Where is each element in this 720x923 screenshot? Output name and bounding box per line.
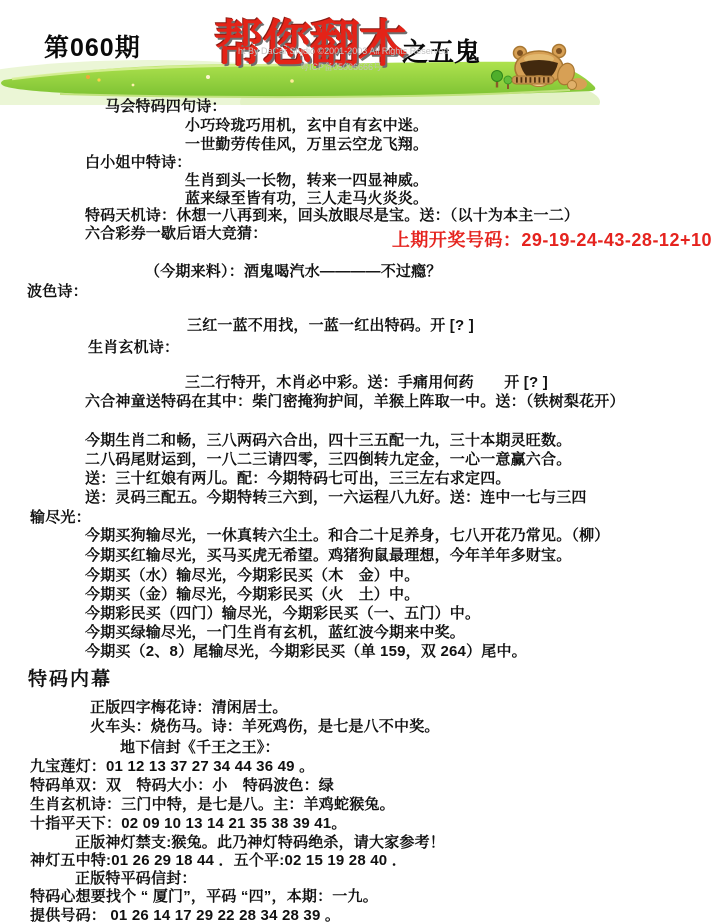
line-shengxiao-verse: 三二行特开，木肖必中彩。送：手痛用何药 开 [? ] [185, 371, 548, 392]
line-bose-poem-title: 波色诗： [27, 280, 88, 301]
line-laiLiao-riddle: （今期来料）：酒鬼喝汽水————不过瘾？ [145, 260, 442, 281]
line-tip-verse: 送：三十红娘有两儿。配：今期特码七可出，三三左右求定四。 [85, 467, 511, 488]
lottery-tip-sheet-page: 第060期 帮您翻本之五鬼 ht By DaCar Studio ©2001-2… [0, 0, 720, 923]
line-shizhi-numbers: 十指平天下：02 09 10 13 14 21 35 38 39 41。 [30, 812, 347, 833]
line-shujinguang-item: 今期彩民买（四门）输尽光，今期彩民买（一、五门）中。 [85, 602, 480, 623]
section-heading-insider: 特码内幕 [28, 664, 112, 691]
line-tip-verse: 二八码尾财运到，一八二三请四零，三四倒转九定金，一心一意赢六合。 [85, 448, 571, 469]
watermark-copyright: ht By DaCar Studio ©2001-2003 All Rights… [238, 46, 448, 56]
line-shengxiao-title: 生肖玄机诗： [88, 336, 179, 357]
teddy-bear-icon [512, 45, 587, 91]
line-huochetou: 火车头：烧伤马。诗：羊死鸡伤，是七是八不中奖。 [90, 715, 440, 736]
issue-number: 第060期 [44, 28, 141, 64]
line-danshuang-daxiao-bose: 特码单双：双 特码大小：小 特码波色：绿 [30, 774, 334, 795]
line-shujinguang-item: 今期买（水）输尽光，今期彩民买（木 金）中。 [85, 564, 419, 585]
line-provided-numbers: 提供号码： 01 26 14 17 29 22 28 34 28 39 。 [30, 904, 340, 923]
previous-draw-numbers: 上期开奖号码：29-19-24-43-28-12+10 [392, 226, 712, 252]
line-poem-verse: 一世勤劳传佳风，万里云空龙飞翔。 [185, 133, 428, 154]
line-shujinguang-item: 今期买绿输尽光，一门生肖有玄机，蓝红波今期来中奖。 [85, 621, 465, 642]
line-bose-verse: 三红一蓝不用找，一蓝一红出特码。开 [? ] [187, 314, 474, 335]
line-shentong-tip: 六合神童送特码在其中：柴门密掩狗护间，羊猴上阵取一中。送：（铁树梨花开） [85, 390, 625, 411]
line-shujinguang-item: 今期买狗输尽光，一休真转六尘土。和合二十足养身，七八开花乃常见。（柳） [85, 524, 610, 545]
line-tip-verse: 送：灵码三配五。今期特转三六到，一六运程八九好。送：连中一七与三四 [85, 486, 587, 507]
watermark-icp: 粤ICP备05006666号 [300, 60, 382, 73]
line-meihua-poem: 正版四字梅花诗：清闲居士。 [90, 696, 288, 717]
line-dixia-xinfeng-title: 地下信封《千王之王》： [120, 736, 280, 757]
line-jiubao-numbers: 九宝莲灯：01 12 13 37 27 34 44 36 49 。 [30, 755, 314, 776]
line-tema-hint: 特码心想要找个 “ 厦门”，平码 “四”，本期：一九。 [30, 885, 378, 906]
line-shengxiao-xuanji: 生肖玄机诗：三门中特，是七是八。主：羊鸡蛇猴兔。 [30, 793, 395, 814]
line-xiehouyu-title: 六合彩券一歇后语大竞猜： [85, 222, 267, 243]
line-shujinguang-item: 今期买（2、8）尾输尽光，今期彩民买（单 159，双 264）尾中。 [85, 640, 527, 661]
line-tip-verse: 今期生肖二和畅，三八两码六合出，四十三五配一九，三十本期灵旺数。 [85, 429, 571, 450]
line-shujinguang-label: 输尽光： [30, 506, 91, 527]
line-shujinguang-item: 今期买（金）输尽光，今期彩民买（火 土）中。 [85, 583, 419, 604]
line-poem-verse: 小巧玲珑巧用机，玄中自有玄中迷。 [185, 114, 428, 135]
line-mahui-poem-title: 马会特码四句诗： [105, 95, 227, 116]
line-baixiaojie-title: 白小姐中特诗： [85, 151, 191, 172]
line-shujinguang-item: 今期买红输尽光，买马买虎无希望。鸡猪狗鼠最理想，今年羊年多财宝。 [85, 544, 571, 565]
